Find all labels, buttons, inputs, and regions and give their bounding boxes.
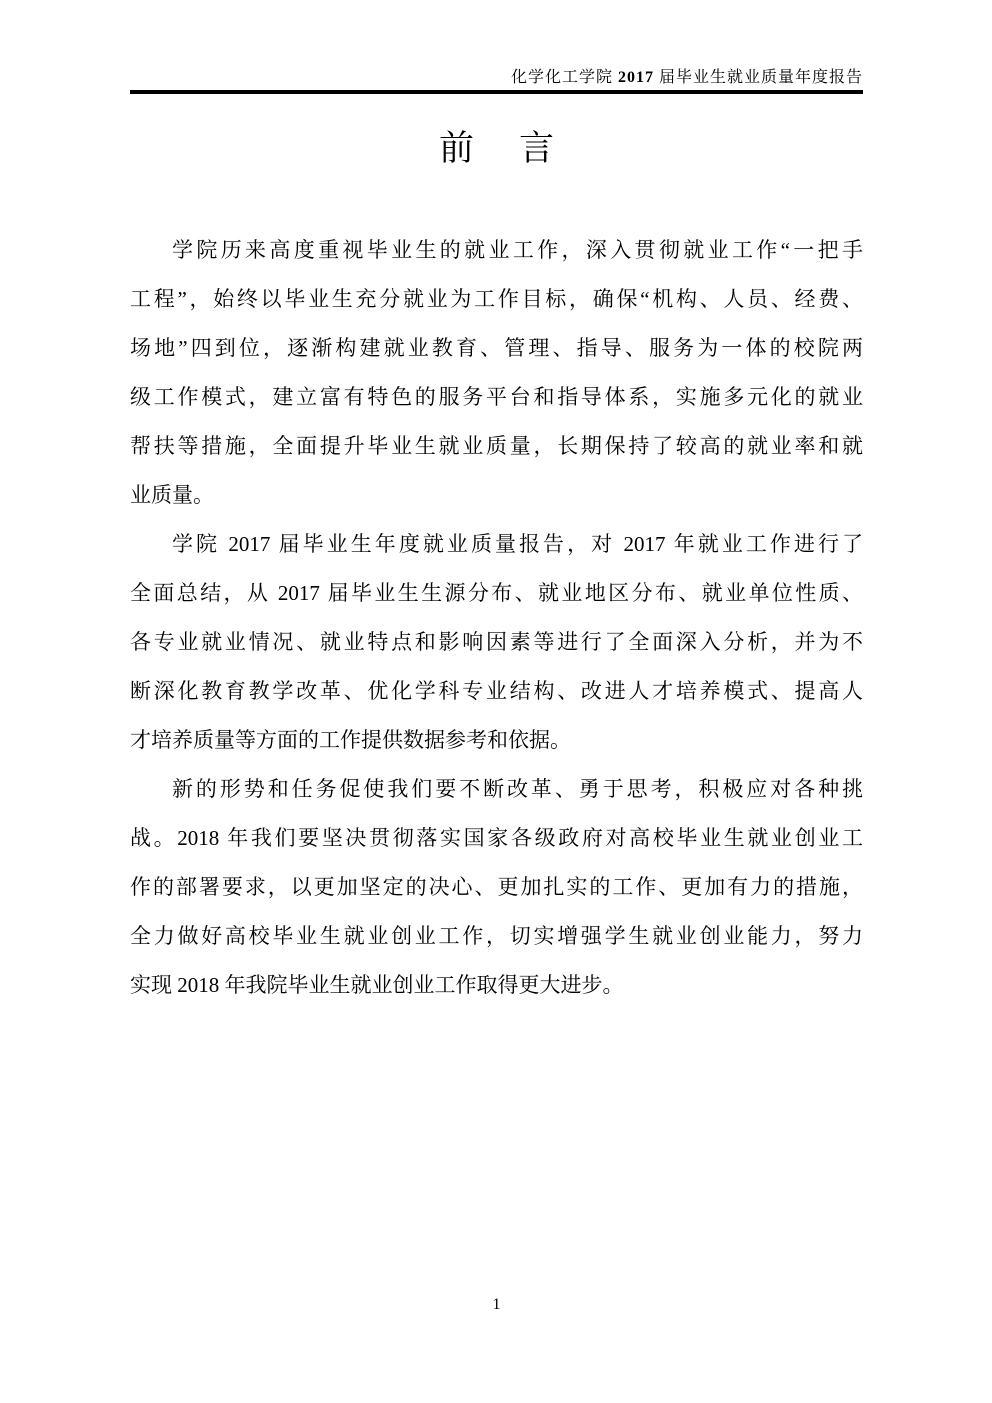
text-line: 全面总结，从 2017 届毕业生生源分布、就业地区分布、就业单位性质、: [130, 569, 863, 618]
title-char-2: 言: [519, 129, 554, 168]
title-char-1: 前: [439, 129, 474, 168]
body-text: 学院历来高度重视毕业生的就业工作，深入贯彻就业工作“一把手 工程”，始终以毕业生…: [130, 226, 863, 1010]
header-year: 2017: [618, 69, 654, 86]
text-line: 级工作模式，建立富有特色的服务平台和指导体系，实施多元化的就业: [130, 373, 863, 422]
text-line: 作的部署要求，以更加坚定的决心、更加扎实的工作、更加有力的措施，: [130, 863, 863, 912]
text-line: 场地”四到位，逐渐构建就业教育、管理、指导、服务为一体的校院两: [130, 324, 863, 373]
text-line: 实现 2018 年我院毕业生就业创业工作取得更大进步。: [130, 961, 863, 1010]
paragraph-1: 学院历来高度重视毕业生的就业工作，深入贯彻就业工作“一把手 工程”，始终以毕业生…: [130, 226, 863, 520]
text-line: 战。2018 年我们要坚决贯彻落实国家各级政府对高校毕业生就业创业工: [130, 814, 863, 863]
text-line: 学院 2017 届毕业生年度就业质量报告，对 2017 年就业工作进行了: [130, 520, 863, 569]
page-title: 前言: [130, 130, 863, 168]
text-line: 业质量。: [130, 471, 863, 520]
text-line: 新的形势和任务促使我们要不断改革、勇于思考，积极应对各种挑: [130, 765, 863, 814]
paragraph-2: 学院 2017 届毕业生年度就业质量报告，对 2017 年就业工作进行了 全面总…: [130, 520, 863, 765]
text-line: 学院历来高度重视毕业生的就业工作，深入贯彻就业工作“一把手: [130, 226, 863, 275]
text-line: 断深化教育教学改革、优化学科专业结构、改进人才培养模式、提高人: [130, 667, 863, 716]
text-line: 帮扶等措施，全面提升毕业生就业质量，长期保持了较高的就业率和就: [130, 422, 863, 471]
header-text-suffix: 届毕业生就业质量年度报告: [654, 69, 863, 86]
text-line: 才培养质量等方面的工作提供数据参考和依据。: [130, 716, 863, 765]
header-text-prefix: 化学化工学院: [511, 69, 618, 86]
text-line: 全力做好高校毕业生就业创业工作，切实增强学生就业创业能力，努力: [130, 912, 863, 961]
text-line: 工程”，始终以毕业生充分就业为工作目标，确保“机构、人员、经费、: [130, 275, 863, 324]
paragraph-3: 新的形势和任务促使我们要不断改革、勇于思考，积极应对各种挑 战。2018 年我们…: [130, 765, 863, 1010]
header-rule: [130, 90, 863, 94]
page-number: 1: [130, 1295, 863, 1315]
document-page: 化学化工学院 2017 届毕业生就业质量年度报告 前言 学院历来高度重视毕业生的…: [0, 0, 992, 1403]
text-line: 各专业就业情况、就业特点和影响因素等进行了全面深入分析，并为不: [130, 618, 863, 667]
page-header: 化学化工学院 2017 届毕业生就业质量年度报告: [130, 66, 863, 90]
